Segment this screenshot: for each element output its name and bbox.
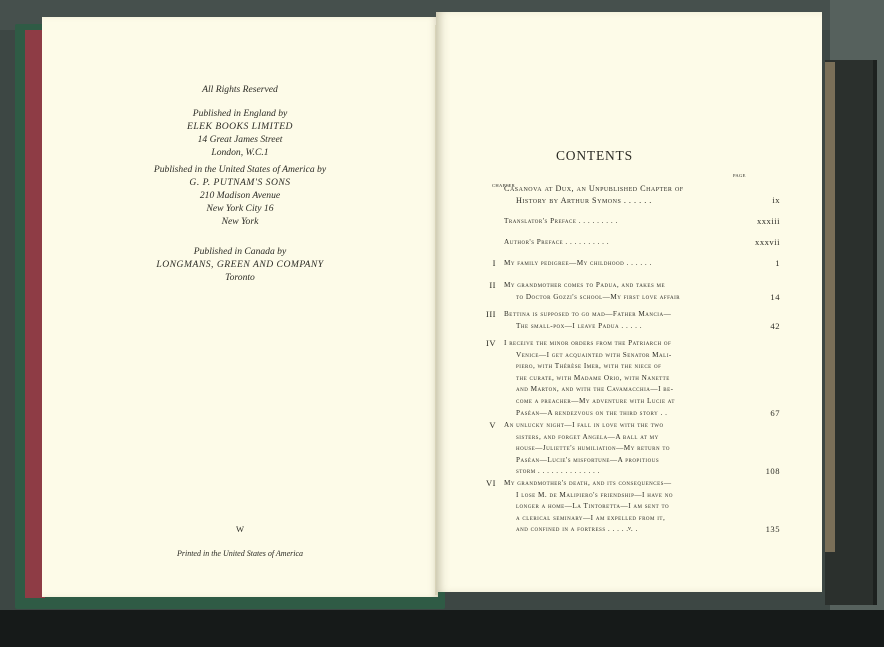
book-page-edges	[825, 62, 835, 552]
toc-page-number: xxxiii	[752, 216, 780, 228]
toc-page-number: 14	[752, 292, 780, 304]
canada-publisher-block: Published in Canada by LONGMANS, GREEN A…	[42, 245, 438, 284]
printer-mark: W	[42, 524, 438, 534]
toc-page-number: ix	[752, 195, 780, 207]
copyright-page: All Rights Reserved Published in England…	[42, 17, 438, 597]
toc-title: My grandmother's death, and its conseque…	[504, 478, 748, 536]
toc-title-line: An unlucky night—I fall in love with the…	[504, 420, 748, 432]
page-folio: v	[628, 526, 631, 532]
toc-page-number: xxxvii	[752, 237, 780, 249]
toc-chapter-number: II	[472, 280, 496, 292]
england-address-1: 14 Great James Street	[42, 133, 438, 146]
usa-address-1: 210 Madison Avenue	[42, 189, 438, 202]
england-address-2: London, W.C.1	[42, 146, 438, 159]
toc-title-line: My grandmother's death, and its conseque…	[504, 478, 748, 490]
usa-address-3: New York	[42, 215, 438, 228]
toc-title: Casanova at Dux, an Unpublished Chapter …	[504, 183, 748, 206]
england-label: Published in England by	[42, 107, 438, 120]
toc-title-line: sisters, and forget Angela—A ball at my	[504, 432, 748, 444]
toc-chapter-number: I	[472, 258, 496, 270]
england-publisher-block: Published in England by ELEK BOOKS LIMIT…	[42, 107, 438, 159]
toc-title-line: longer a home—La Tintoretta—I am sent to	[504, 501, 748, 513]
toc-title-line: The small-pox—I leave Padua . . . . .	[504, 321, 748, 333]
toc-title: I receive the minor orders from the Patr…	[504, 338, 748, 419]
toc-title-line: My grandmother comes to Padua, and takes…	[504, 280, 748, 292]
printed-in-notice: Printed in the United States of America	[42, 549, 438, 558]
toc-title-line: come a preacher—My adventure with Lucie …	[504, 396, 748, 408]
contents-title: CONTENTS	[556, 148, 633, 164]
rights-notice: All Rights Reserved	[42, 83, 438, 96]
toc-title-line: Translator's Preface . . . . . . . . .	[504, 216, 748, 228]
toc-page-number: 1	[752, 258, 780, 270]
toc-title: My family pedigree—My childhood . . . . …	[504, 258, 748, 270]
toc-title-line: Paséan—Lucie's misfortune—A propitious	[504, 455, 748, 467]
usa-publisher: G. P. PUTNAM'S SONS	[42, 176, 438, 189]
toc-title-line: Author's Preface . . . . . . . . . .	[504, 237, 748, 249]
toc-title-line: I lose M. de Malipiero's friendship—I ha…	[504, 490, 748, 502]
toc-title-line: Bettina is supposed to go mad—Father Man…	[504, 309, 748, 321]
toc-title-line: house—Juliette's humiliation—My return t…	[504, 443, 748, 455]
backdrop-bottom	[0, 610, 884, 647]
toc-chapter-number: V	[472, 420, 496, 432]
toc-page-number: 42	[752, 321, 780, 333]
toc-title-line: Venice—I get acquainted with Senator Mal…	[504, 350, 748, 362]
toc-title-line: storm . . . . . . . . . . . . . .	[504, 466, 748, 478]
toc-title-line: My family pedigree—My childhood . . . . …	[504, 258, 748, 270]
usa-label: Published in the United States of Americ…	[42, 163, 438, 176]
toc-title-line: piero, with Thérèse Imer, with the niece…	[504, 361, 748, 373]
usa-address-2: New York City 16	[42, 202, 438, 215]
toc-title: Translator's Preface . . . . . . . . .	[504, 216, 748, 228]
usa-publisher-block: Published in the United States of Americ…	[42, 163, 438, 228]
toc-title-line: Paséan—A rendezvous on the third story .…	[504, 408, 748, 420]
toc-title-line: and Marton, and with the Cavamacchia—I b…	[504, 384, 748, 396]
toc-title-line: History by Arthur Symons . . . . . .	[504, 195, 748, 207]
toc-title-line: a clerical seminary—I am expelled from i…	[504, 513, 748, 525]
canada-publisher: LONGMANS, GREEN AND COMPANY	[42, 258, 438, 271]
toc-title-line: I receive the minor orders from the Patr…	[504, 338, 748, 350]
toc-chapter-number: IV	[472, 338, 496, 350]
toc-page-number: 135	[752, 524, 780, 536]
england-publisher: ELEK BOOKS LIMITED	[42, 120, 438, 133]
toc-title-line: and confined in a fortress . . . . . . .	[504, 524, 748, 536]
toc-page-number: 108	[752, 466, 780, 478]
toc-title: Bettina is supposed to go mad—Father Man…	[504, 309, 748, 332]
toc-title-line: the curate, with Madame Orio, with Nanet…	[504, 373, 748, 385]
canada-label: Published in Canada by	[42, 245, 438, 258]
toc-page-number: 67	[752, 408, 780, 420]
canada-address-1: Toronto	[42, 271, 438, 284]
toc-title: An unlucky night—I fall in love with the…	[504, 420, 748, 478]
toc-title: My grandmother comes to Padua, and takes…	[504, 280, 748, 303]
toc-chapter-number: III	[472, 309, 496, 321]
page-column-label: PAGE	[733, 173, 746, 178]
toc-title-line: Casanova at Dux, an Unpublished Chapter …	[504, 183, 748, 195]
toc-chapter-number: VI	[472, 478, 496, 490]
toc-title: Author's Preface . . . . . . . . . .	[504, 237, 748, 249]
contents-page: CONTENTS PAGE CHAPTER Casanova at Dux, a…	[436, 12, 822, 592]
toc-title-line: to Doctor Gozzi's school—My first love a…	[504, 292, 748, 304]
